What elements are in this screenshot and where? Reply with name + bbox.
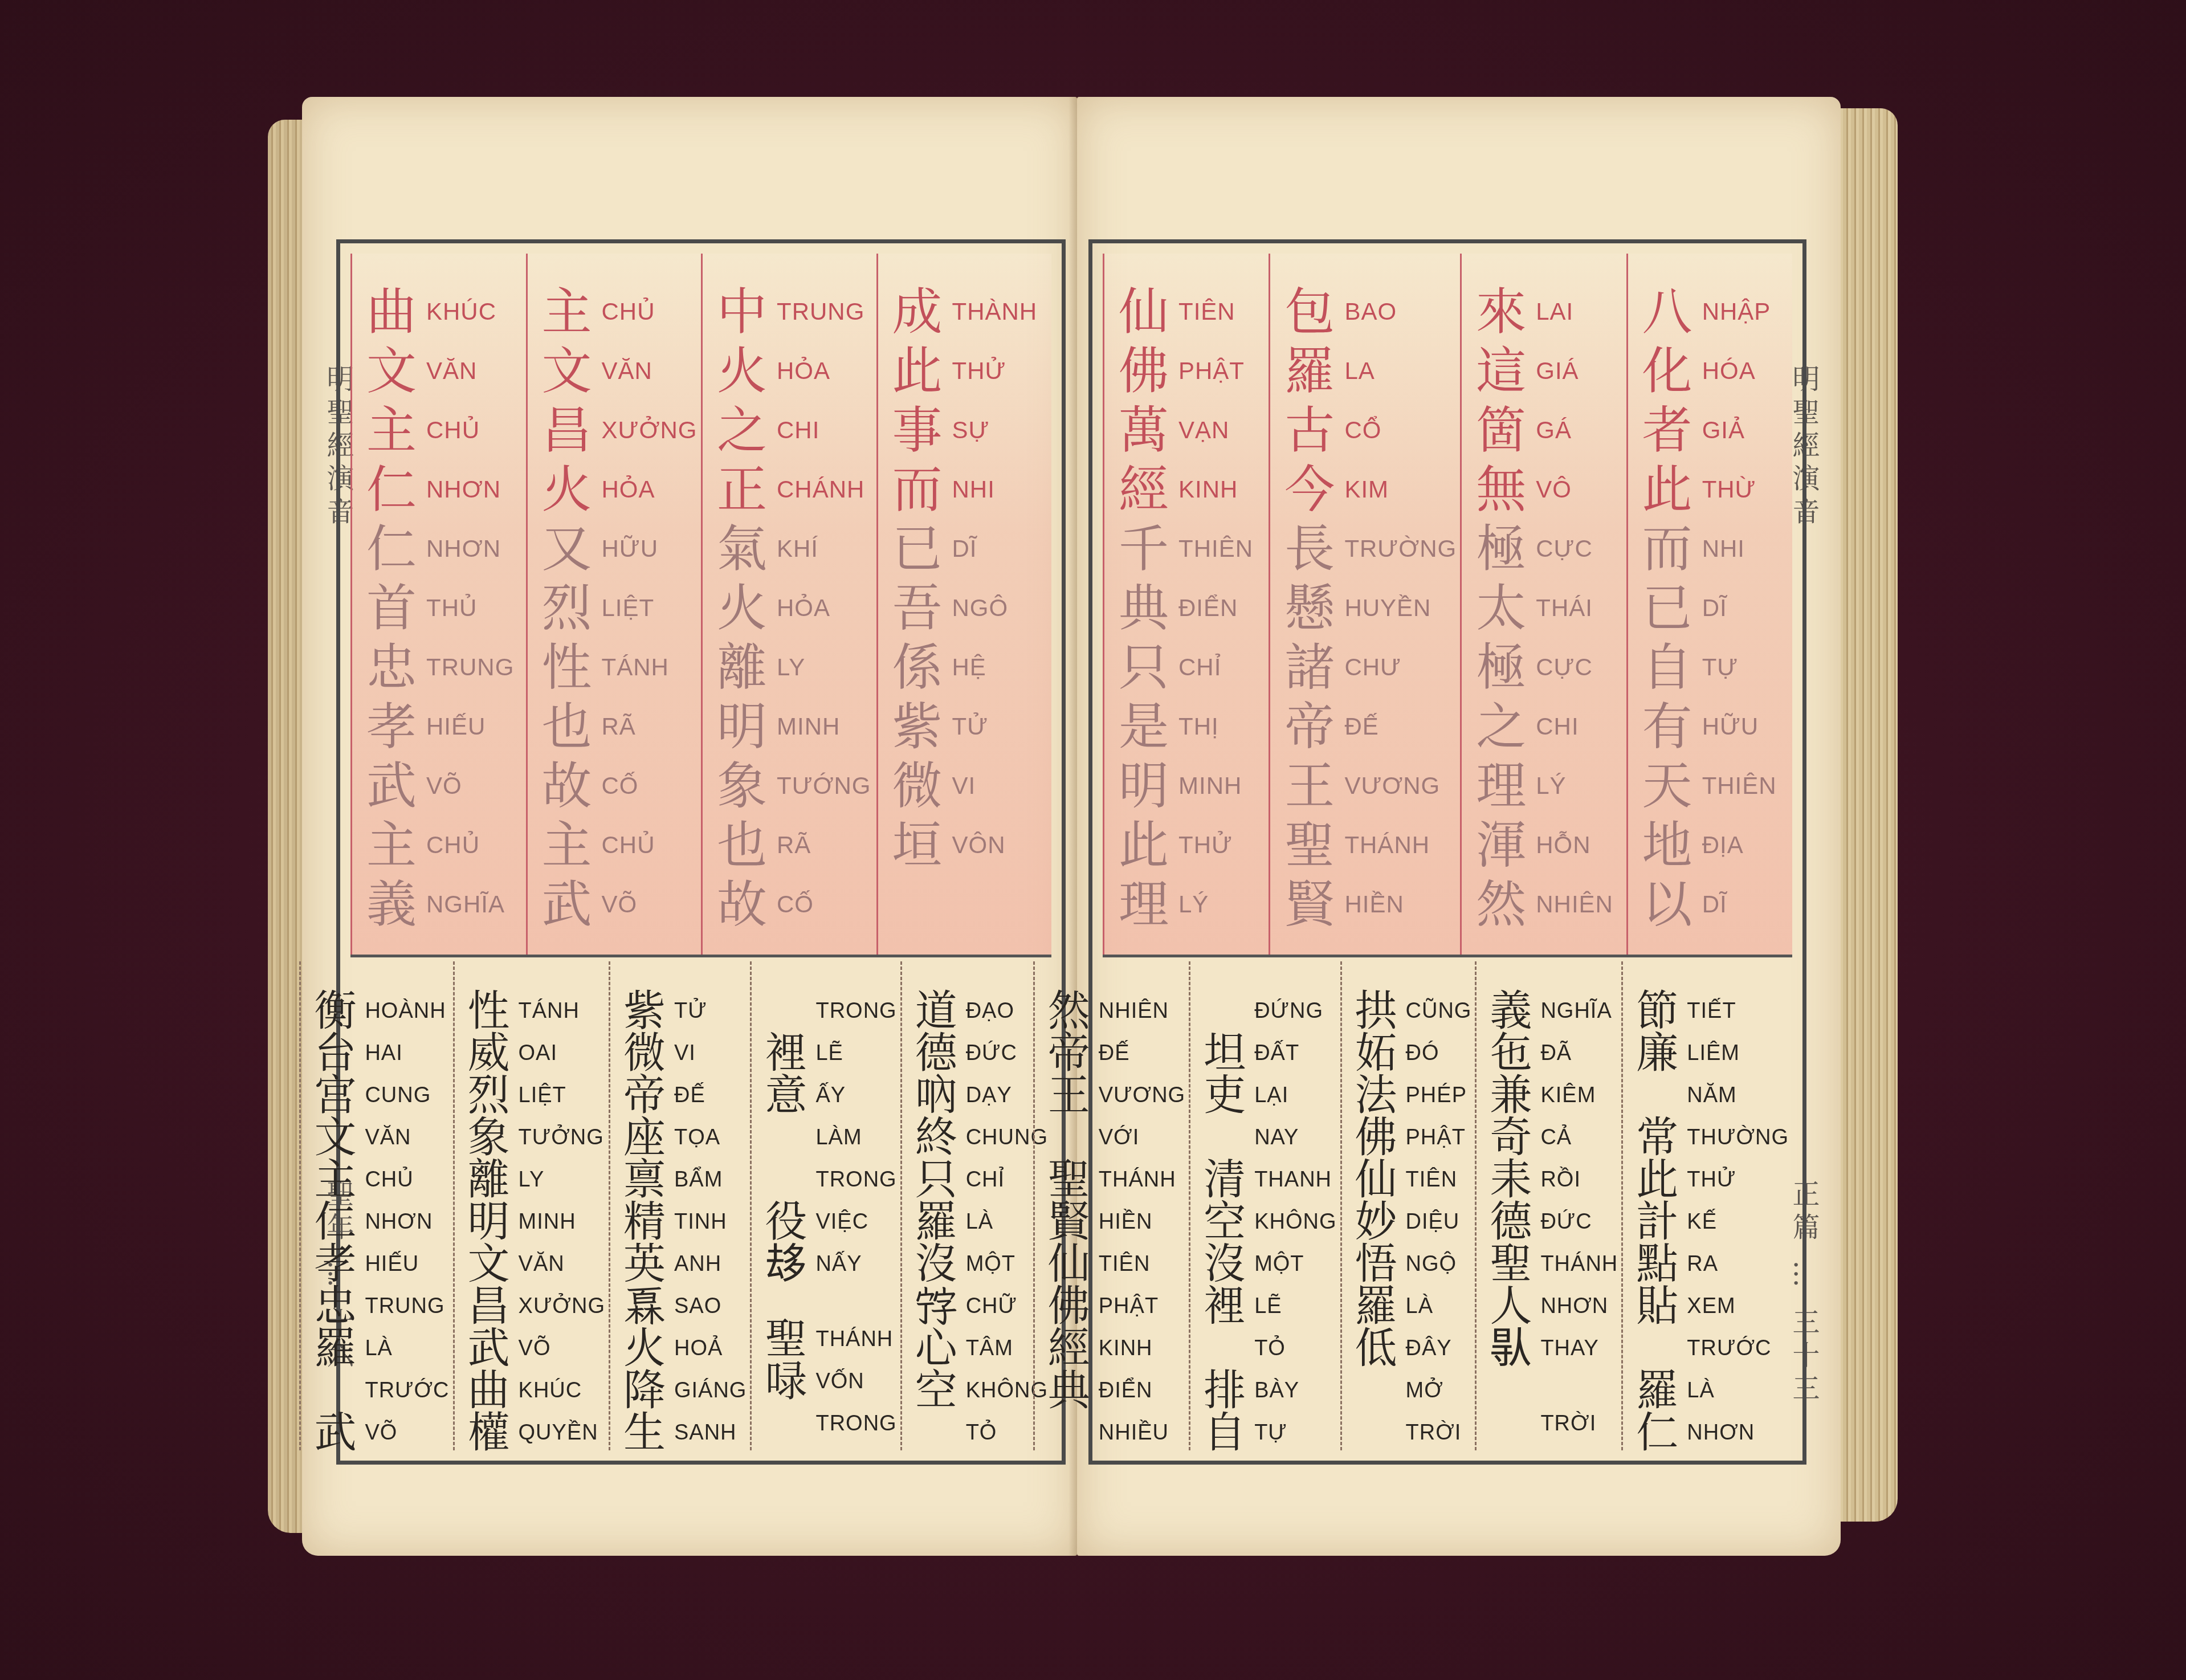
han-nom-character: 主 [309,1159,361,1201]
quoc-ngu-reading: GIÁ [1532,357,1579,385]
han-nom-character: 佛 [1112,346,1175,396]
glyph-pair: 權QUYỀN [463,1412,605,1454]
han-nom-character: 帝 [1278,702,1341,752]
quoc-ngu-reading: HUYỀN [1341,594,1431,622]
quoc-ngu-reading: TÂM [963,1336,1013,1361]
han-nom-character: 象 [711,761,773,811]
han-nom-character: 只 [1112,642,1175,692]
quoc-ngu-reading: LÀ [1402,1294,1433,1319]
han-nom-character: 以 [1636,879,1699,929]
glyph-pair: 帝ĐẾ [618,1074,747,1116]
quoc-ngu-reading: NGỘ [1402,1252,1457,1277]
quoc-ngu-reading: LÀ [1683,1379,1714,1403]
quoc-ngu-reading: LÀ [963,1210,993,1234]
quoc-ngu-reading: GIẢ [1699,417,1745,444]
glyph-pair: 妬ĐÓ [1350,1032,1472,1074]
glyph-pair: 仙TIÊN [1350,1159,1472,1201]
han-nom-character: 𫢩 [1198,1116,1251,1159]
quoc-ngu-reading: KIM [1341,476,1389,503]
han-nom-character: 衡 [309,990,361,1032]
glyph-pair: 吏LẠI [1198,1074,1336,1116]
quoc-ngu-reading: CHỮ [963,1294,1017,1319]
glyph-pair: 微VI [618,1032,747,1074]
quoc-ngu-reading: THIÊN [1699,772,1777,800]
han-nom-character: 低 [1350,1327,1402,1369]
glyph-pair: 坦ĐẤT [1198,1032,1336,1074]
quoc-ngu-reading: CHỦ [598,831,655,859]
han-nom-character: 羅 [1278,346,1341,396]
quoc-ngu-reading: BÀY [1251,1379,1299,1403]
glyph-pair: 佛PHẬT [1112,341,1265,401]
han-nom-character: 火 [618,1327,671,1369]
han-nom-character: 裡 [760,1032,812,1074]
glyph-pair: 聖THÁNH [760,1318,896,1360]
quoc-ngu-reading: VI [671,1041,696,1066]
han-nom-character: 耒 [1484,1159,1537,1201]
quoc-ngu-reading: ĐÓ [1402,1041,1439,1066]
quoc-ngu-reading: VÔ [1532,476,1572,503]
quoc-ngu-reading: HIỀN [1095,1210,1153,1234]
han-nom-character: 主 [536,287,598,337]
han-nom-character: 烈 [463,1074,515,1116]
han-nom-character: 心 [910,1327,963,1369]
quoc-ngu-reading: XƯỞNG [515,1294,605,1319]
glyph-pair: 法PHÉP [1350,1074,1472,1116]
glyph-pair: 紫TỬ [886,697,1049,756]
han-nom-character: 孝 [309,1243,361,1285]
quoc-ngu-reading: KHÚC [515,1379,582,1403]
quoc-ngu-reading: CỰC [1532,535,1593,562]
glyph-pair: 𤾓SAO [618,1285,747,1327]
quoc-ngu-reading: THỬ [1175,831,1233,859]
glyph-pair: 諸CHƯ [1278,638,1457,697]
quoc-ngu-reading: VẠN [1175,417,1229,444]
glyph-pair: 昌XƯỞNG [536,401,698,460]
han-nom-character: 微 [618,1032,671,1074]
right-top-register: 八NHẬP化HÓA者GIẢ此THỪ而NHI已DĨ自TỰ有HỮU天THIÊN地ĐỊ… [1103,254,1792,957]
glyph-pair: 仙TIÊN [1112,282,1265,341]
quoc-ngu-reading: ANH [671,1252,721,1277]
quoc-ngu-reading: ĐIỂN [1095,1379,1153,1403]
han-nom-character: 𢆥 [1631,1074,1683,1116]
quoc-ngu-reading: MỞ [1402,1379,1443,1403]
quoc-ngu-reading: NHƠN [361,1210,433,1234]
glyph-pair: 武VÕ [360,756,523,815]
glyph-pair: 義NGHĨA [1484,990,1618,1032]
quoc-ngu-reading: VÕ [423,772,462,800]
text-column: 中TRUNG火HỎA之CHI正CHÁNH氣KHÍ火HỎA離LY明MINH象TƯỚ… [701,254,876,955]
glyph-pair: 羅LÀ [309,1327,449,1369]
quoc-ngu-reading: TỰ [1251,1421,1287,1445]
han-nom-character: 𠇍 [1043,1116,1095,1159]
glyph-pair: 意ẤY [760,1074,896,1116]
glyph-pair: 英ANH [618,1243,747,1285]
han-nom-character: 清 [1198,1159,1251,1201]
han-nom-character: 𠓀 [1631,1327,1683,1369]
glyph-pair: 裡LẼ [760,1032,896,1074]
quoc-ngu-reading: TỌA [671,1126,720,1150]
quoc-ngu-reading: ĐẾ [1095,1041,1130,1066]
quoc-ngu-reading: TỬ [949,713,989,740]
glyph-pair: 象TƯỞNG [463,1116,605,1159]
text-column: 𠁑ĐỨNG坦ĐẤT吏LẠI𫢩NAY清THANH空KHÔNG沒MỘT裡LẼ𤇮TỎ排… [1189,961,1340,1450]
han-nom-character: 羅 [1350,1285,1402,1327]
glyph-pair: 主CHỦ [536,282,698,341]
quoc-ngu-reading: VÕ [515,1336,551,1361]
quoc-ngu-reading: CỰC [1532,654,1593,681]
glyph-pair: 忠TRUNG [309,1285,449,1327]
han-nom-character: 烈 [536,583,598,633]
han-nom-character: 王 [1043,1074,1095,1116]
glyph-pair: 羅LÀ [1350,1285,1472,1327]
glyph-pair: 仁NHƠN [309,1201,449,1243]
text-column: 𥪝TRONG裡LẼ意ẤY𠆳LÀM𥪝TRONG役VIỆC𠫾NẤY聖THÁNH㖨VỐ… [750,961,900,1450]
han-nom-character: 包 [1278,287,1341,337]
quoc-ngu-reading: GIÁNG [671,1379,747,1403]
han-nom-character: 之 [711,405,773,455]
quoc-ngu-reading: THỦ [423,594,477,622]
han-nom-character: 役 [760,1201,812,1243]
glyph-pair: 正CHÁNH [711,460,873,519]
glyph-pair: 性TÁNH [536,638,698,697]
quoc-ngu-reading: VÔN [949,831,1006,859]
han-nom-character: 奇 [1484,1116,1537,1159]
han-nom-character: 𠊛 [1484,1327,1537,1369]
text-column: 仙TIÊN佛PHẬT萬VẠN經KINH千THIÊN典ĐIỂN只CHỈ是THỊ明M… [1103,254,1269,955]
han-nom-character: 𡗶 [1484,1402,1537,1445]
glyph-pair: 明MINH [463,1201,605,1243]
han-nom-character: 渾 [1470,820,1532,870]
glyph-pair: 理LÝ [1112,875,1265,934]
glyph-pair: 生SANH [618,1412,747,1454]
quoc-ngu-reading: KINH [1095,1336,1153,1361]
glyph-pair: 然NHIÊN [1043,990,1185,1032]
han-nom-character: 英 [618,1243,671,1285]
han-nom-character: 𡨸 [910,1285,963,1327]
han-nom-character: 吏 [1198,1074,1251,1116]
han-nom-character: 已 [1636,583,1699,633]
glyph-pair: 𤇮TỎ [1198,1327,1336,1369]
glyph-pair: 而NHI [1636,519,1789,578]
quoc-ngu-reading: CHI [773,417,819,444]
glyph-pair: 仁NHƠN [360,460,523,519]
han-nom-character: 垣 [886,820,949,870]
han-nom-character: 天 [1636,761,1699,811]
quoc-ngu-reading: TRƯỚC [1683,1336,1771,1361]
han-nom-character: 文 [360,346,423,396]
quoc-ngu-reading: CHỦ [361,1168,413,1192]
glyph-pair: 台HAI [309,1032,449,1074]
han-nom-character: 仁 [309,1201,361,1243]
han-nom-character: 佛 [1350,1116,1402,1159]
quoc-ngu-reading: NĂM [1683,1083,1736,1108]
han-nom-character: 空 [1198,1201,1251,1243]
han-nom-character: 來 [1470,287,1532,337]
glyph-pair: 德ĐỨC [910,1032,1048,1074]
han-nom-character: 故 [536,761,598,811]
han-nom-character: 威 [463,1032,515,1074]
quoc-ngu-reading: VỐN [812,1369,864,1394]
glyph-pair: 𠇍VỚI [1043,1116,1185,1159]
quoc-ngu-reading: DẠY [963,1083,1012,1108]
glyph-pair: 自TỰ [1198,1412,1336,1454]
glyph-pair: 此THỬ [1631,1159,1789,1201]
glyph-pair: 性TÁNH [463,990,605,1032]
quoc-ngu-reading: MINH [515,1210,576,1234]
han-nom-character: 𥪝 [760,1159,812,1201]
glyph-pair: 吶DẠY [910,1074,1048,1116]
quoc-ngu-reading: SAO [671,1294,721,1319]
quoc-ngu-reading: LẼ [812,1041,843,1066]
han-nom-character: 地 [1636,820,1699,870]
glyph-pair: 𫢩NAY [1198,1116,1336,1159]
han-nom-character: 𥪝 [760,1402,812,1445]
quoc-ngu-reading: CỔ [1341,417,1381,444]
han-nom-character: 此 [886,346,949,396]
glyph-pair: 烈LIỆT [463,1074,605,1116]
quoc-ngu-reading: TRONG [812,1168,896,1192]
han-nom-character: 廉 [1631,1032,1683,1074]
han-nom-character: 聖 [1484,1243,1537,1285]
quoc-ngu-reading: LẼ [1251,1294,1282,1319]
quoc-ngu-reading: VĂN [598,357,652,385]
han-nom-character: 拱 [1350,990,1402,1032]
text-column: 包BAO羅LA古CỔ今KIM長TRƯỜNG懸HUYỀN諸CHƯ帝ĐẾ王VƯƠNG… [1269,254,1460,955]
quoc-ngu-reading: TIẾT [1683,999,1736,1024]
quoc-ngu-reading: TỬ [671,999,707,1024]
han-nom-character: 性 [463,990,515,1032]
glyph-pair: 太THÁI [1470,578,1622,638]
quoc-ngu-reading: MỘT [1251,1252,1304,1277]
quoc-ngu-reading: THIÊN [1175,535,1253,562]
quoc-ngu-reading: THÁNH [1095,1168,1176,1192]
glyph-pair: 又HỮU [536,519,698,578]
quoc-ngu-reading: DĨ [1699,594,1727,622]
quoc-ngu-reading: ĐIỂN [1175,594,1238,622]
quoc-ngu-reading: LIỆT [515,1083,566,1108]
glyph-pair: 然NHIÊN [1470,875,1622,934]
glyph-pair: 仁NHƠN [1631,1412,1789,1454]
quoc-ngu-reading: LÝ [1175,891,1209,918]
han-nom-character: 仁 [360,524,423,574]
quoc-ngu-reading: TÁNH [598,654,669,681]
han-nom-character: 是 [1112,702,1175,752]
quoc-ngu-reading: CHƯ [1341,654,1401,681]
han-nom-character: 生 [618,1412,671,1454]
quoc-ngu-reading: NGHĨA [423,891,505,918]
han-nom-character: 千 [1112,524,1175,574]
glyph-pair: 主CHỦ [309,1159,449,1201]
quoc-ngu-reading: HIẾU [361,1252,419,1277]
quoc-ngu-reading: TRONG [812,1412,896,1436]
han-nom-character: 坦 [1198,1032,1251,1074]
han-nom-character: 古 [1278,405,1341,455]
quoc-ngu-reading: TỎ [963,1421,997,1445]
quoc-ngu-reading: LIÊM [1683,1041,1740,1066]
glyph-pair: 終CHUNG [910,1116,1048,1159]
open-book: 明聖經演音 聖年 … 十六 成THÀNH此THỬ事SỰ而NHI已DĨ吾NGÔ係H… [268,85,1898,1561]
glyph-pair: 威OAI [463,1032,605,1074]
han-nom-character: 諸 [1278,642,1341,692]
han-nom-character: 主 [360,820,423,870]
han-nom-character: 忠 [309,1285,361,1327]
han-nom-character: 人 [1484,1285,1537,1327]
quoc-ngu-reading: NẤY [812,1252,862,1277]
han-nom-character: 忠 [360,642,423,692]
quoc-ngu-reading: PHẬT [1175,357,1245,385]
han-nom-character: 德 [910,1032,963,1074]
han-nom-character: 典 [1043,1369,1095,1412]
han-nom-character: 理 [1470,761,1532,811]
quoc-ngu-reading: THỬ [949,357,1006,385]
han-nom-character: 排 [1198,1369,1251,1412]
han-nom-character: 𤇮 [910,1412,963,1454]
glyph-pair: 只CHỈ [910,1159,1048,1201]
quoc-ngu-reading: THỊ [1175,713,1219,740]
glyph-pair: 𠓀TRƯỚC [1631,1327,1789,1369]
glyph-pair: 今KIM [1278,460,1457,519]
quoc-ngu-reading: GÁ [1532,417,1572,444]
quoc-ngu-reading: LẠI [1251,1083,1288,1108]
han-nom-character: 聖 [1278,820,1341,870]
han-nom-character: 首 [360,583,423,633]
han-nom-character: 計 [1631,1201,1683,1243]
han-nom-character: 微 [886,761,949,811]
quoc-ngu-reading: CHỈ [1175,654,1221,681]
han-nom-character: 仙 [1043,1243,1095,1285]
glyph-pair: 計KẾ [1631,1201,1789,1243]
han-nom-character: 終 [910,1116,963,1159]
quoc-ngu-reading: HỎA [598,476,655,503]
glyph-pair: 昌XƯỞNG [463,1285,605,1327]
quoc-ngu-reading: THỪ [1699,476,1756,503]
quoc-ngu-reading: BAO [1341,298,1397,325]
han-nom-character: 義 [1484,990,1537,1032]
quoc-ngu-reading: ẤY [812,1083,846,1108]
han-nom-character: 𥪝 [760,990,812,1032]
quoc-ngu-reading: MỘT [963,1252,1015,1277]
glyph-pair: 文VĂN [463,1243,605,1285]
glyph-pair: 懸HUYỀN [1278,578,1457,638]
han-nom-character: 𠁑 [1198,990,1251,1032]
glyph-pair: 佛PHẬT [1350,1116,1472,1159]
glyph-pair: 八NHẬP [1636,282,1789,341]
quoc-ngu-reading: BẨM [671,1168,723,1192]
glyph-pair: 極CỰC [1470,638,1622,697]
han-nom-character: 座 [618,1116,671,1159]
text-column: 節TIẾT廉LIÊM𢆥NĂM常THƯỜNG此THỬ計KẾ點RA貼XEM𠓀TRƯỚ… [1621,961,1792,1450]
han-nom-character: 㐌 [1484,1032,1537,1074]
han-nom-character: 兼 [1484,1074,1537,1116]
glyph-pair: 包BAO [1278,282,1457,341]
han-nom-character: 孝 [360,702,423,752]
han-nom-character: 仙 [1350,1159,1402,1201]
han-nom-character: 武 [463,1327,515,1369]
quoc-ngu-reading: VIỆC [812,1210,868,1234]
han-nom-character: 佛 [1043,1285,1095,1327]
han-nom-character: 吾 [886,583,949,633]
quoc-ngu-reading: KHÔNG [1251,1210,1336,1234]
quoc-ngu-reading: THANH [1251,1168,1332,1192]
glyph-pair: 貼XEM [1631,1285,1789,1327]
han-nom-character: 明 [463,1201,515,1243]
han-nom-character: 有 [1636,702,1699,752]
right-page: 明聖經演音 正篇 … 三十三 八NHẬP化HÓA者GIẢ此THỪ而NHI已DĨ自… [1077,97,1841,1556]
text-column: 衡HOÀNH台HAI宫CUNG文VĂN主CHỦ仁NHƠN孝HIẾU忠TRUNG羅… [299,961,452,1450]
quoc-ngu-reading: PHẬT [1402,1126,1466,1150]
text-column: 紫TỬ微VI帝ĐẾ座TỌA禀BẨM精TINH英ANH𤾓SAO火HOẢ降GIÁNG… [609,961,750,1450]
glyph-pair: 文VĂN [309,1116,449,1159]
han-nom-character: 成 [886,287,949,337]
glyph-pair: 耒RỒI [1484,1159,1618,1201]
han-nom-character: 曲 [463,1369,515,1412]
quoc-ngu-reading: CHỦ [423,831,480,859]
glyph-pair: 主CHỦ [360,815,523,875]
han-nom-character: 𤾓 [618,1285,671,1327]
han-nom-character: 文 [309,1116,361,1159]
glyph-pair: 空KHÔNG [1198,1201,1336,1243]
han-nom-character: 自 [1198,1412,1251,1454]
glyph-pair: 聖THÁNH [1043,1159,1185,1201]
glyph-pair: 無VÔ [1470,460,1622,519]
glyph-pair: 兼KIÊM [1484,1074,1618,1116]
han-nom-character: 仁 [1631,1412,1683,1454]
glyph-pair: 道ĐẠO [910,990,1048,1032]
han-nom-character: 精 [618,1201,671,1243]
glyph-pair: 故CỐ [536,756,698,815]
glyph-pair: 𠓀TRƯỚC [309,1369,449,1412]
text-column: 然NHIÊN帝ĐẾ王VƯƠNG𠇍VỚI聖THÁNH賢HIỀN仙TIÊN佛PHẬT… [1033,961,1189,1450]
glyph-pair: 垣VÔN [886,815,1049,875]
text-column: 曲KHÚC文VĂN主CHỦ仁NHƠN仁NHƠN首THỦ忠TRUNG孝HIẾU武V… [350,254,526,955]
quoc-ngu-reading: DIỆU [1402,1210,1460,1234]
han-nom-character: 火 [711,583,773,633]
han-nom-character: 沒 [910,1243,963,1285]
quoc-ngu-reading: NHIÊN [1095,999,1169,1024]
han-nom-character: 理 [1112,879,1175,929]
right-bottom-register: 節TIẾT廉LIÊM𢆥NĂM常THƯỜNG此THỬ計KẾ點RA貼XEM𠓀TRƯỚ… [1103,961,1792,1450]
han-nom-character: 羅 [309,1327,361,1369]
quoc-ngu-reading: VĂN [361,1126,411,1150]
quoc-ngu-reading: ĐỨC [1537,1210,1592,1234]
quoc-ngu-reading: CHỈ [963,1168,1005,1192]
glyph-pair: 聖THÁNH [1278,815,1457,875]
glyph-pair: 箇GÁ [1470,401,1622,460]
quoc-ngu-reading: NHƠN [423,535,501,562]
quoc-ngu-reading: SỰ [949,417,990,444]
glyph-pair: 極CỰC [1470,519,1622,578]
quoc-ngu-reading: KHÚC [423,298,496,325]
glyph-pair: 典ĐIỂN [1043,1369,1185,1412]
glyph-pair: 𠆳LÀM [760,1116,896,1159]
glyph-pair: 明MINH [1112,756,1265,815]
glyph-pair: 之CHI [711,401,873,460]
quoc-ngu-reading: CŨNG [1402,999,1472,1024]
quoc-ngu-reading: ĐỨNG [1251,999,1323,1024]
glyph-pair: 成THÀNH [886,282,1049,341]
glyph-pair: 宫CUNG [309,1074,449,1116]
han-nom-character: 吶 [910,1074,963,1116]
han-nom-character: 妬 [1350,1032,1402,1074]
glyph-pair: 廉LIÊM [1631,1032,1789,1074]
glyph-pair: 曲KHÚC [360,282,523,341]
glyph-pair: 之CHI [1470,697,1622,756]
glyph-pair: 也RÃ [711,815,873,875]
han-nom-character: 典 [1112,583,1175,633]
han-nom-character: 羅 [910,1201,963,1243]
han-nom-character: 賢 [1278,879,1341,929]
han-nom-character: 明 [1112,761,1175,811]
